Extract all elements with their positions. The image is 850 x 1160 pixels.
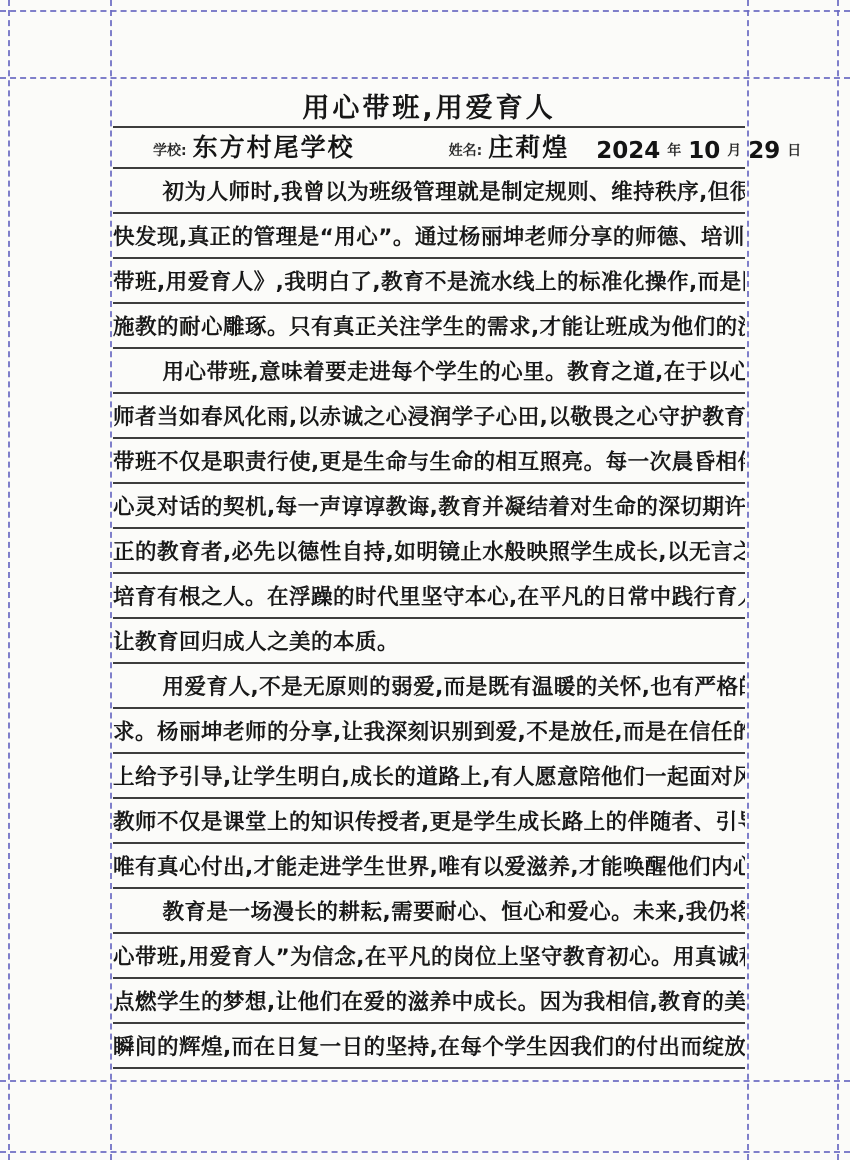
school-label: 学校: (153, 140, 187, 165)
margin-guide-vertical-left-inner (110, 0, 112, 1160)
essay-line-9: 正的教育者,必先以德性自持,如明镜止水般映照学生成长,以无言之教 (113, 529, 745, 574)
margin-guide-horizontal-top-inner (0, 77, 850, 79)
margin-guide-vertical-right-outer (837, 0, 839, 1160)
name-value: 庄莉煌 (482, 128, 575, 165)
name-label: 姓名: (449, 140, 483, 165)
essay-content: 用心带班,用爱育人 学校: 东方村尾学校 姓名: 庄莉煌 2024 年 10 月… (113, 87, 745, 1069)
school-value: 东方村尾学校 (187, 128, 361, 165)
date: 2024 年 10 月 29 日 (589, 138, 801, 165)
essay-line-2: 快发现,真正的管理是“用心”。通过杨丽坤老师分享的师德、培训《用心 (113, 214, 745, 259)
essay-line-16: 唯有真心付出,才能走进学生世界,唯有以爱滋养,才能唤醒他们内心的力量。 (113, 844, 745, 889)
essay-line-6: 师者当如春风化雨,以赤诚之心浸润学子心田,以敬畏之心守护教育本真。 (113, 394, 745, 439)
essay-line-8: 心灵对话的契机,每一声谆谆教诲,教育并凝结着对生命的深切期许。真 (113, 484, 745, 529)
essay-line-10: 培育有根之人。在浮躁的时代里坚守本心,在平凡的日常中践行育人使命。 (113, 574, 745, 619)
date-day: 29 (741, 138, 787, 165)
date-day-unit: 日 (787, 140, 801, 165)
header-row: 学校: 东方村尾学校 姓名: 庄莉煌 2024 年 10 月 29 日 (113, 128, 745, 169)
margin-guide-vertical-right-inner (747, 0, 749, 1160)
essay-line-5: 用心带班,意味着要走进每个学生的心里。教育之道,在于以心传心。 (113, 349, 745, 394)
essay-line-19: 点燃学生的梦想,让他们在爱的滋养中成长。因为我相信,教育的美好,不在于 (113, 979, 745, 1024)
margin-guide-horizontal-bottom-outer (0, 1151, 850, 1153)
essay-line-13: 求。杨丽坤老师的分享,让我深刻识别到爱,不是放任,而是在信任的基础 (113, 709, 745, 754)
essay-line-3: 带班,用爱育人》,我明白了,教育不是流水线上的标准化操作,而是因材 (113, 259, 745, 304)
essay-line-15: 教师不仅是课堂上的知识传授者,更是学生成长路上的伴随者、引导者。 (113, 799, 745, 844)
date-year-unit: 年 (667, 140, 681, 165)
date-month: 10 (681, 138, 727, 165)
essay-sheet: 用心带班,用爱育人 学校: 东方村尾学校 姓名: 庄莉煌 2024 年 10 月… (0, 0, 850, 1160)
essay-line-11: 让教育回归成人之美的本质。 (113, 619, 745, 664)
essay-line-12: 用爱育人,不是无原则的弱爱,而是既有温暖的关怀,也有严格的要 (113, 664, 745, 709)
page-title: 用心带班,用爱育人 (113, 87, 745, 128)
essay-line-1: 初为人师时,我曾以为班级管理就是制定规则、维持秩序,但很 (113, 169, 745, 214)
essay-line-20: 瞬间的辉煌,而在日复一日的坚持,在每个学生因我们的付出而绽放的光芒。 (113, 1024, 745, 1069)
essay-line-7: 带班不仅是职责行使,更是生命与生命的相互照亮。每一次晨昏相伴,都是 (113, 439, 745, 484)
essay-line-18: 心带班,用爱育人”为信念,在平凡的岗位上坚守教育初心。用真诚和热情 (113, 934, 745, 979)
essay-line-17: 教育是一场漫长的耕耘,需要耐心、恒心和爱心。未来,我仍将“用 (113, 889, 745, 934)
essay-line-14: 上给予引导,让学生明白,成长的道路上,有人愿意陪他们一起面对风雨。 (113, 754, 745, 799)
date-year: 2024 (589, 138, 667, 165)
margin-guide-horizontal-top-outer (0, 10, 850, 12)
essay-line-4: 施教的耐心雕琢。只有真正关注学生的需求,才能让班成为他们的沃土。 (113, 304, 745, 349)
date-month-unit: 月 (727, 140, 741, 165)
margin-guide-vertical-left-outer (8, 0, 10, 1160)
margin-guide-horizontal-bottom-inner (0, 1080, 850, 1082)
